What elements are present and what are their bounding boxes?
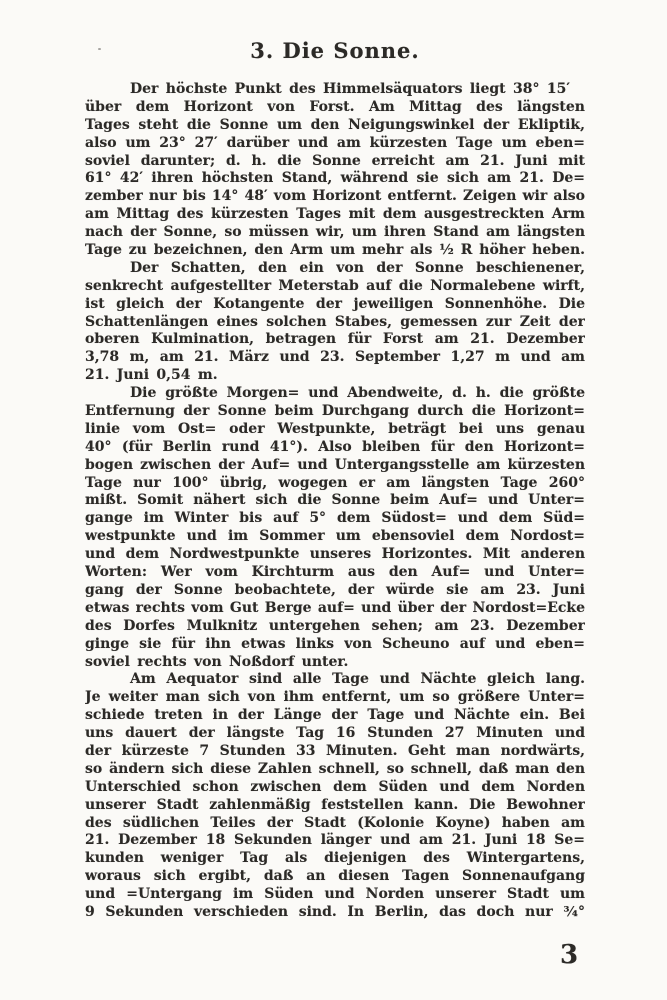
text-line: 3,78 m, am 21. März und 23. September 1,…	[85, 349, 585, 367]
text-line: 9 Sekunden verschieden sind. In Berlin, …	[85, 904, 585, 922]
text-line: nach der Sonne, so müssen wir, um ihren …	[85, 224, 585, 242]
paragraph: Die größte Morgen= und Abendweite, d. h.…	[85, 385, 585, 671]
text-line: des Dorfes Mulknitz untergehen sehen; am…	[85, 618, 585, 636]
text-line: kunden weniger Tag als diejenigen des Wi…	[85, 850, 585, 868]
text-line: 21. Juni 0,54 m.	[85, 367, 585, 385]
text-line: und dem Nordwestpunkte unseres Horizonte…	[85, 546, 585, 564]
text-line: Die größte Morgen= und Abendweite, d. h.…	[85, 385, 585, 403]
text-line: zember nur bis 14° 48′ vom Horizont entf…	[85, 188, 585, 206]
text-line: ginge sie für ihn etwas links von Scheun…	[85, 636, 585, 654]
text-line: gange im Winter bis auf 5° dem Südost= u…	[85, 510, 585, 528]
text-line: über dem Horizont von Forst. Am Mittag d…	[85, 99, 585, 117]
text-line: schiede treten in der Länge der Tage und…	[85, 707, 585, 725]
text-line: Tage nur 100° übrig, wogegen er am längs…	[85, 475, 585, 493]
text-line: Unterschied schon zwischen dem Süden und…	[85, 779, 585, 797]
text-line: Entfernung der Sonne beim Durchgang durc…	[85, 403, 585, 421]
text-line: so ändern sich diese Zahlen schnell, so …	[85, 761, 585, 779]
text-line: soviel darunter; d. h. die Sonne erreich…	[85, 153, 585, 171]
text-line: Tage zu bezeichnen, den Arm um mehr als …	[85, 242, 585, 260]
book-page: 3. Die Sonne. Der höchste Punkt des Himm…	[0, 0, 667, 1000]
text-line: Der Schatten, den ein von der Sonne besc…	[85, 260, 585, 278]
text-line: oberen Kulmination, betragen für Forst a…	[85, 331, 585, 349]
text-line: Worten: Wer vom Kirchturm aus den Auf= u…	[85, 564, 585, 582]
text-line: 21. Dezember 18 Sekunden länger und am 2…	[85, 832, 585, 850]
text-block: Der höchste Punkt des Himmelsäquators li…	[85, 81, 585, 922]
text-line: Je weiter man sich von ihm entfernt, um …	[85, 689, 585, 707]
text-line: westpunkte und im Sommer um ebensoviel d…	[85, 528, 585, 546]
text-line: woraus sich ergibt, daß an diesen Tagen …	[85, 868, 585, 886]
text-line: gang der Sonne beobachtete, der würde si…	[85, 582, 585, 600]
text-line: Am Aequator sind alle Tage und Nächte gl…	[85, 671, 585, 689]
text-line: 40° (für Berlin rund 41°). Also bleiben …	[85, 439, 585, 457]
text-line: linie vom Ost= oder Westpunkte, beträgt …	[85, 421, 585, 439]
text-line: also um 23° 27′ darüber und am kürzesten…	[85, 135, 585, 153]
text-line: mißt. Somit nähert sich die Sonne beim A…	[85, 492, 585, 510]
text-line: unserer Stadt zahlenmäßig feststellen ka…	[85, 797, 585, 815]
page-number: 3	[560, 940, 578, 970]
text-line: Schattenlängen eines solchen Stabes, gem…	[85, 314, 585, 332]
text-line: am Mittag des kürzesten Tages mit dem au…	[85, 206, 585, 224]
text-line: 61° 42′ ihren höchsten Stand, während si…	[85, 170, 585, 188]
text-line: soviel rechts von Noßdorf unter.	[85, 654, 585, 672]
text-line: des südlichen Teiles der Stadt (Kolonie …	[85, 815, 585, 833]
text-line: senkrecht aufgestellter Meterstab auf di…	[85, 278, 585, 296]
text-line: etwas rechts vom Gut Berge auf= und über…	[85, 600, 585, 618]
text-line: Der höchste Punkt des Himmelsäquators li…	[85, 81, 585, 99]
text-line: und =Untergang im Süden und Norden unser…	[85, 886, 585, 904]
paragraph: Am Aequator sind alle Tage und Nächte gl…	[85, 671, 585, 921]
text-line: bogen zwischen der Auf= und Untergangsst…	[85, 457, 585, 475]
text-line: der kürzeste 7 Stunden 33 Minuten. Geht …	[85, 743, 585, 761]
text-line: ist gleich der Kotangente der jeweiligen…	[85, 296, 585, 314]
paragraph: Der Schatten, den ein von der Sonne besc…	[85, 260, 585, 385]
paragraph: Der höchste Punkt des Himmelsäquators li…	[85, 81, 585, 260]
text-line: uns dauert der längste Tag 16 Stunden 27…	[85, 725, 585, 743]
text-line: Tages steht die Sonne um den Neigungswin…	[85, 117, 585, 135]
chapter-title: 3. Die Sonne.	[85, 38, 585, 63]
